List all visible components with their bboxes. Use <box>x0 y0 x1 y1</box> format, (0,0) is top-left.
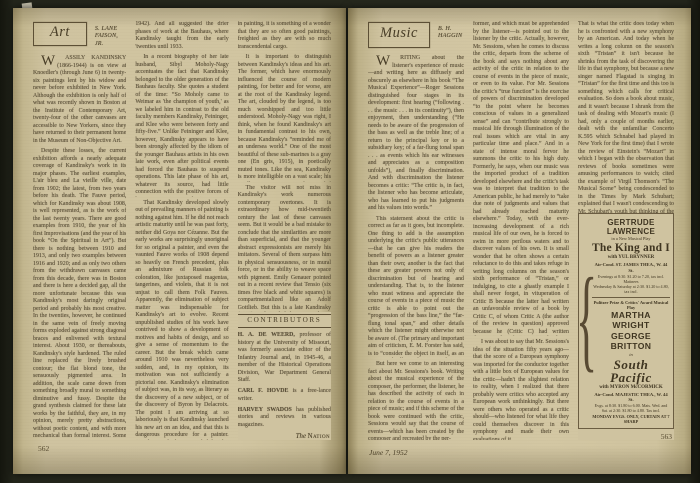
ad-in-word: in <box>592 352 670 357</box>
music-section-header: Music B. H. HAGGIN <box>368 22 464 48</box>
article-paragraph: This statement about the critic is corre… <box>368 216 464 359</box>
contributors-heading: CONTRIBUTORS <box>238 314 331 329</box>
article-paragraph: It is important to distinguish between K… <box>238 54 331 182</box>
contributor-entry: CARL F. HOVDE is a free-lance writer. <box>238 388 331 403</box>
ad-costar: with YUL BRYNNER <box>592 255 670 261</box>
art-section-title: Art <box>50 29 70 39</box>
art-title-box: Art <box>33 22 87 46</box>
ad-schedule: Sat. at 2:30. $1.80 to 4.80. Tax incl. <box>592 408 670 413</box>
ad-king-and-i: GERTRUDE LAWRENCE in a New Musical Play … <box>592 218 670 294</box>
page-number-left: 562 <box>38 444 49 453</box>
magazine-scan: Art S. LANE FAISON, JR. WASSILY KANDINSK… <box>0 0 700 483</box>
ad-curtain-note: MONDAY EVGS. ONLY, CURTAIN AT 7 SHARP <box>592 414 670 425</box>
magazine-running-footer: The Nation <box>238 433 331 441</box>
music-byline-line2: HAGGIN <box>438 33 462 40</box>
music-section-title: Music <box>380 30 418 40</box>
contributors-section: CONTRIBUTORS H. A. DE WEERD, professor o… <box>238 312 331 441</box>
article-paragraph: former, and which must be apprehended by… <box>473 21 569 336</box>
contributor-entry: HARVEY SWADOS has published stories and … <box>238 407 331 430</box>
left-page-columns: Art S. LANE FAISON, JR. WASSILY KANDINSK… <box>13 8 346 440</box>
article-paragraph: But here we come to an interesting fact … <box>368 361 464 440</box>
music-title-box: Music <box>368 22 430 48</box>
right-column-2: former, and which must be apprehended by… <box>473 21 569 440</box>
ad-south-pacific: MARTHA WRIGHT GEORGE BRITTON in South Pa… <box>592 311 670 424</box>
ad-show-title: The King and I <box>592 242 670 254</box>
contributor-name: CARL F. HOVDE <box>238 388 293 394</box>
page-number-right: 563 <box>578 433 674 441</box>
right-page-columns: Music B. H. HAGGIN WRITING about the lis… <box>348 8 691 440</box>
left-column-2: 1942). And all suggested the drier phase… <box>135 21 228 440</box>
ad-star-name: GERTRUDE LAWRENCE <box>592 218 670 236</box>
article-paragraph: WRITING about the listener's experience … <box>368 55 464 213</box>
ad-star-name: GEORGE BRITTON <box>592 332 670 352</box>
right-page: Music B. H. HAGGIN WRITING about the lis… <box>348 8 691 474</box>
article-paragraph: In a recent biography of her late husban… <box>135 54 228 197</box>
left-page: Art S. LANE FAISON, JR. WASSILY KANDINSK… <box>13 8 346 474</box>
music-byline: B. H. HAGGIN <box>438 22 462 41</box>
contributor-name: HARVEY SWADOS <box>238 407 296 413</box>
art-section-header: Art S. LANE FAISON, JR. <box>33 22 126 48</box>
footer-the: The <box>296 433 306 440</box>
contributor-name: H. A. DE WEERD, <box>238 332 300 338</box>
ad-tagline: in a New Musical Play <box>592 236 670 241</box>
article-paragraph: I was about to say that Mr. Sessions's i… <box>473 339 569 440</box>
art-byline: S. LANE FAISON, JR. <box>95 22 126 48</box>
article-paragraph: That Kandinsky developed slowly out of p… <box>135 200 228 441</box>
contributor-bio: professor of history at the University o… <box>238 332 331 383</box>
right-column-1: Music B. H. HAGGIN WRITING about the lis… <box>368 21 464 440</box>
brace-glyph: { <box>578 261 597 377</box>
article-paragraph: WASSILY KANDINSKY (1866-1944) is on view… <box>33 55 126 145</box>
left-column-3: in painting, it is something of a wonder… <box>238 21 331 440</box>
article-paragraph: 1942). And all suggested the drier phase… <box>135 21 228 51</box>
left-column-1: Art S. LANE FAISON, JR. WASSILY KANDINSK… <box>33 21 126 440</box>
right-column-3: That is what the critic does today when … <box>578 21 674 440</box>
article-paragraph: in painting, it is something of a wonder… <box>238 21 331 51</box>
theater-ads-box: { GERTRUDE LAWRENCE in a New Musical Pla… <box>578 213 674 429</box>
article-paragraph: Despite these losses, the current exhibi… <box>33 148 126 440</box>
ad-show-title: South Pacific <box>592 358 670 384</box>
ad-divider-text: Pulitzer Prize & Critics' Award Musical … <box>592 297 670 311</box>
ad-venue: Air-Cond. MAJESTIC THEA., W. 44 St. <box>592 392 670 403</box>
footer-nation: Nation <box>308 433 330 440</box>
ad-venue: Air-Cond. ST. JAMES THEA., W. 44 St. <box>592 262 670 273</box>
art-byline-line2: FAISON, JR. <box>95 33 126 48</box>
ad-costar: with MYRON McCORMICK <box>592 385 670 391</box>
ad-schedule: Wednesday & Saturday at 2:30. $1.20 to 4… <box>592 284 670 294</box>
ad-star-name: MARTHA WRIGHT <box>592 311 670 331</box>
ad-schedule: Evgs. at 8:30. $1.80 to 6.00. Mats. Wed.… <box>592 403 670 408</box>
theater-ads-block: { GERTRUDE LAWRENCE in a New Musical Pla… <box>578 213 674 440</box>
issue-date: June 7, 1952 <box>369 448 408 457</box>
ad-schedule: Evenings at 8:30. $1.20 to 7.20, tax inc… <box>592 274 670 284</box>
contributor-entry: H. A. DE WEERD, professor of history at … <box>238 332 331 385</box>
